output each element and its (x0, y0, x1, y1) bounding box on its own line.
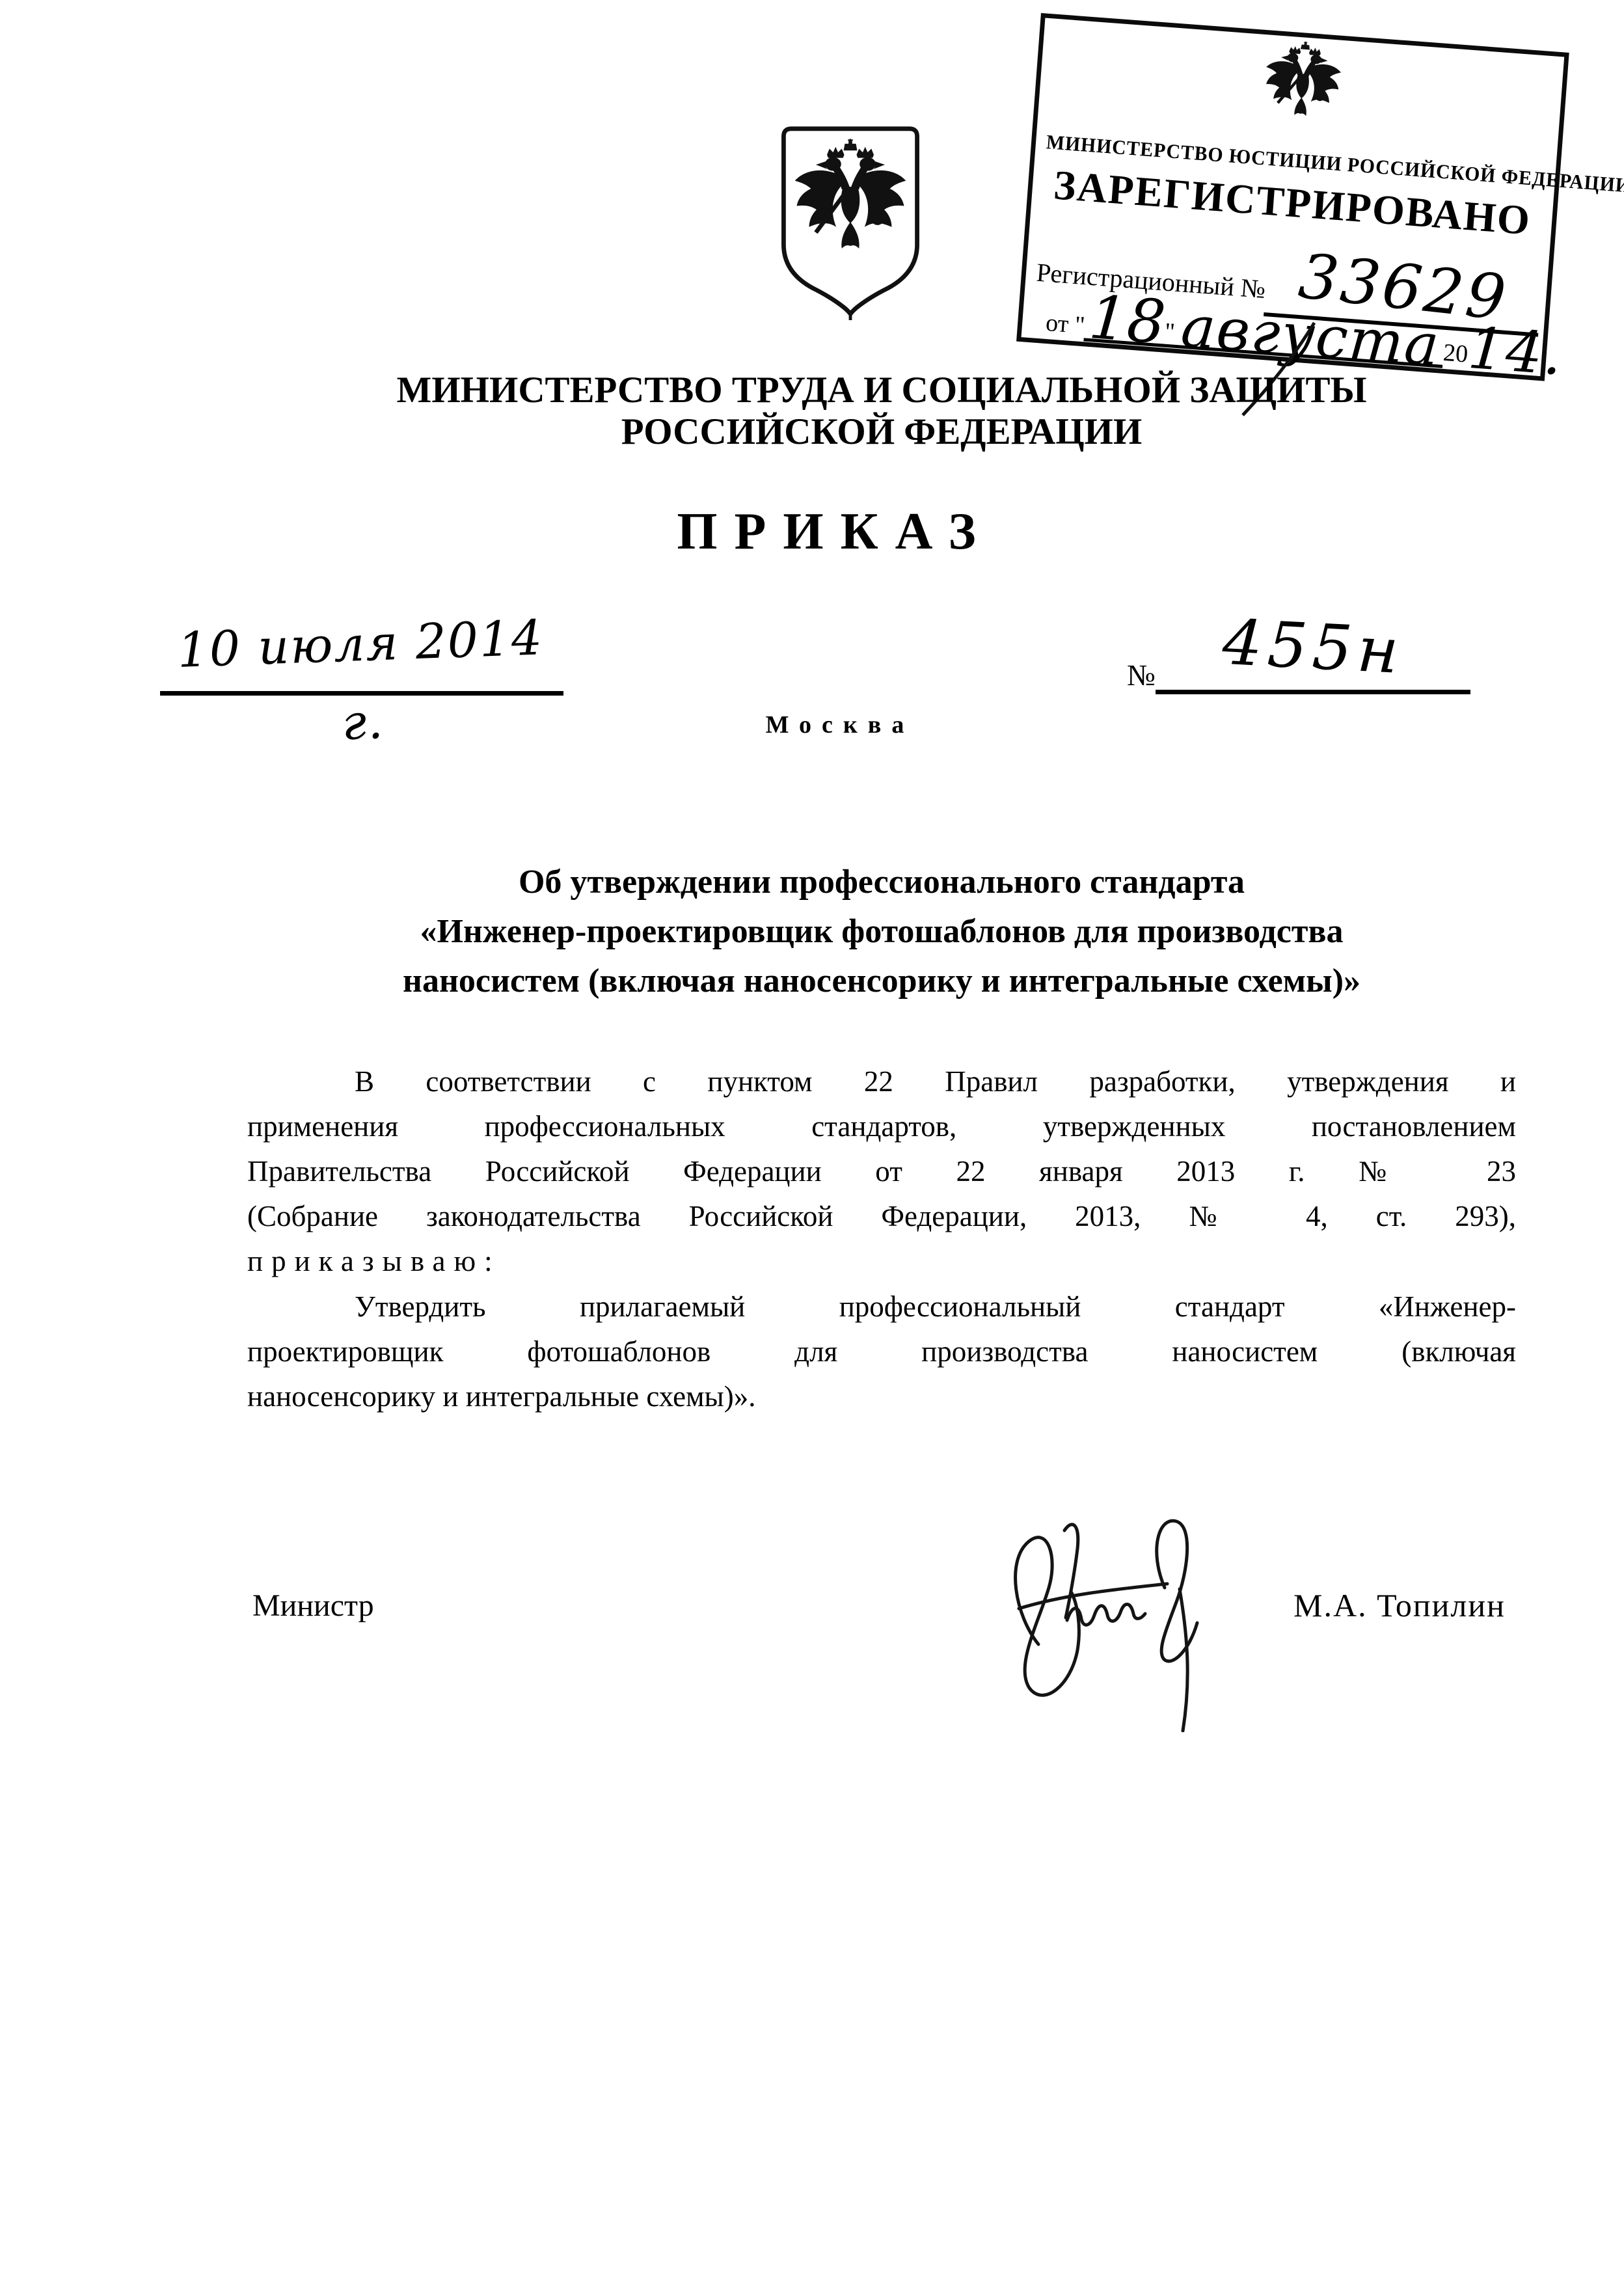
body-paragraph-1: В соответствии с пунктом 22 Правил разра… (247, 1059, 1516, 1284)
para1-line4: (Собрание законодательства Российской Фе… (247, 1194, 1516, 1239)
para2-line2: проектировщик фотошаблонов для производс… (247, 1329, 1516, 1374)
ministry-name: МИНИСТЕРСТВО ТРУДА И СОЦИАЛЬНОЙ ЗАЩИТЫ Р… (247, 370, 1516, 453)
doc-number-value: 455н (1221, 606, 1405, 688)
russia-coat-of-arms-icon (774, 125, 927, 320)
para1-line2: применения профессиональных стандартов, … (247, 1104, 1516, 1149)
stamp-eagle-icon (1258, 38, 1347, 124)
city-label: Москва (200, 711, 1469, 739)
subject-line3: наносистем (включая наносенсорику и инте… (247, 957, 1516, 1006)
stamp-date-from-label: от (1045, 308, 1070, 339)
issue-date-handwritten: 10 июля 2014 г. (157, 598, 566, 768)
stamp-date-day: 18 (1087, 292, 1167, 349)
doc-type-title: ПРИКАЗ (192, 502, 1461, 562)
number-sign: № (1127, 660, 1156, 694)
body-paragraph-2: Утвердить прилагаемый профессиональный с… (247, 1284, 1516, 1419)
issue-date-underline: 10 июля 2014 г. (160, 605, 563, 696)
ministry-name-line2: РОССИЙСКОЙ ФЕДЕРАЦИИ (247, 411, 1516, 453)
minister-title: Министр (252, 1588, 374, 1623)
document-page: МИНИСТЕРСТВО ЮСТИЦИИ РОССИЙСКОЙ ФЕДЕРАЦИ… (0, 0, 1624, 2282)
stamp-quote-close: " (1163, 318, 1176, 346)
stamp-year-printed: 20 (1442, 338, 1469, 369)
doc-number-underline: 455н (1156, 610, 1470, 694)
subject-line1: Об утверждении профессионального стандар… (247, 858, 1516, 907)
para2-line3: наносенсорику и интегральные схемы)». (247, 1374, 1516, 1419)
minister-name: М.А. Топилин (1293, 1586, 1506, 1624)
decree-command: приказываю: (247, 1239, 1516, 1284)
para1-line1: В соответствии с пунктом 22 Правил разра… (247, 1059, 1516, 1104)
ministry-name-line1: МИНИСТЕРСТВО ТРУДА И СОЦИАЛЬНОЙ ЗАЩИТЫ (247, 370, 1516, 411)
para2-line1: Утвердить прилагаемый профессиональный с… (247, 1284, 1516, 1329)
para1-line3: Правительства Российской Федерации от 22… (247, 1149, 1516, 1194)
doc-number: № 455н (1127, 610, 1470, 694)
subject-title: Об утверждении профессионального стандар… (247, 858, 1516, 1006)
subject-line2: «Инженер-проектировщик фотошаблонов для … (247, 907, 1516, 957)
